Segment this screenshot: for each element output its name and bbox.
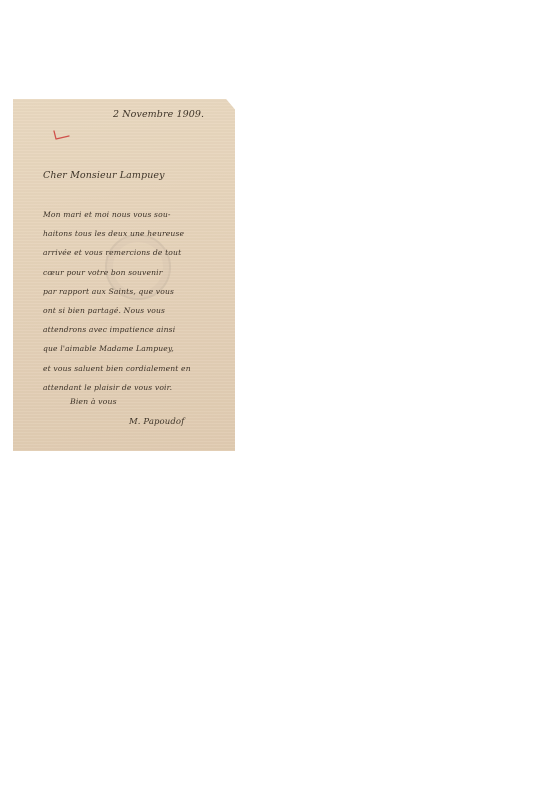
body-line: arrivée et vous remercions de tout bbox=[43, 243, 233, 262]
body-line: cœur pour votre bon souvenir bbox=[43, 263, 233, 282]
letter-closing: Bien à vous bbox=[70, 397, 117, 406]
body-line: ont si bien partagé. Nous vous bbox=[43, 301, 233, 320]
letter-sheet: 2 Novembre 1909. Cher Monsieur Lampuey M… bbox=[13, 99, 235, 451]
body-line: attendrons avec impatience ainsi bbox=[43, 320, 233, 339]
letter-salutation: Cher Monsieur Lampuey bbox=[43, 170, 165, 181]
body-line: Mon mari et moi nous vous sou- bbox=[43, 205, 233, 224]
red-check-mark-icon bbox=[51, 129, 71, 141]
body-line: et vous saluent bien cordialement en bbox=[43, 359, 233, 378]
page-background: 2 Novembre 1909. Cher Monsieur Lampuey M… bbox=[0, 0, 549, 800]
body-line: attendant le plaisir de vous voir. bbox=[43, 378, 233, 397]
body-line: que l'aimable Madame Lampuey, bbox=[43, 339, 233, 358]
body-line: par rapport aux Saints, que vous bbox=[43, 282, 233, 301]
letter-body: Mon mari et moi nous vous sou- haitons t… bbox=[43, 205, 233, 397]
letter-signature: M. Papoudof bbox=[129, 417, 184, 427]
body-line: haitons tous les deux une heureuse bbox=[43, 224, 233, 243]
letter-date: 2 Novembre 1909. bbox=[113, 109, 204, 120]
